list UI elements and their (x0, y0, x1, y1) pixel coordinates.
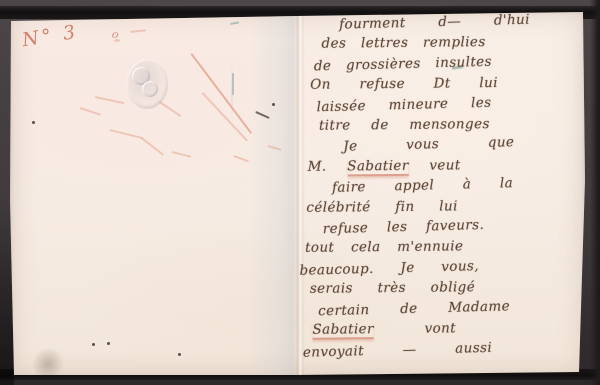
background-right-shadow (590, 0, 600, 385)
paper-crease (231, 63, 233, 119)
ink-speck (32, 121, 35, 124)
stamp-relief-detail (142, 81, 158, 97)
scanned-letter-photo: N° 3 o (0, 0, 600, 385)
ink-check-mark (255, 111, 270, 119)
letter-right-page: fourment d— d'hui des lettres remplies d… (294, 11, 585, 377)
red-crayon-stroke (130, 29, 146, 33)
red-crayon-stroke (141, 137, 164, 156)
red-crayon-stroke (110, 129, 143, 139)
archival-number-mark: N° 3 (21, 21, 80, 52)
letter-sheet: N° 3 o (10, 11, 585, 377)
letter-left-page: N° 3 o (10, 11, 294, 377)
red-crayon-dot (114, 39, 120, 42)
ink-speck (272, 103, 275, 106)
red-crayon-stroke (159, 101, 182, 117)
underlined-name: Sabatier (347, 158, 409, 177)
red-crayon-stroke (267, 145, 281, 151)
red-crayon-stroke (79, 107, 101, 116)
red-crayon-stroke (95, 96, 125, 104)
ink-speck (107, 342, 110, 345)
red-crayon-stroke (172, 151, 192, 158)
ink-speck (92, 343, 95, 346)
red-crayon-stroke (190, 53, 252, 134)
ink-speck (178, 353, 181, 356)
underlined-name: Sabatier (312, 321, 374, 340)
handwritten-text: fourment d— d'hui des lettres remplies d… (295, 9, 591, 361)
teal-pencil-mark (230, 21, 239, 25)
red-crayon-stroke (233, 155, 249, 162)
